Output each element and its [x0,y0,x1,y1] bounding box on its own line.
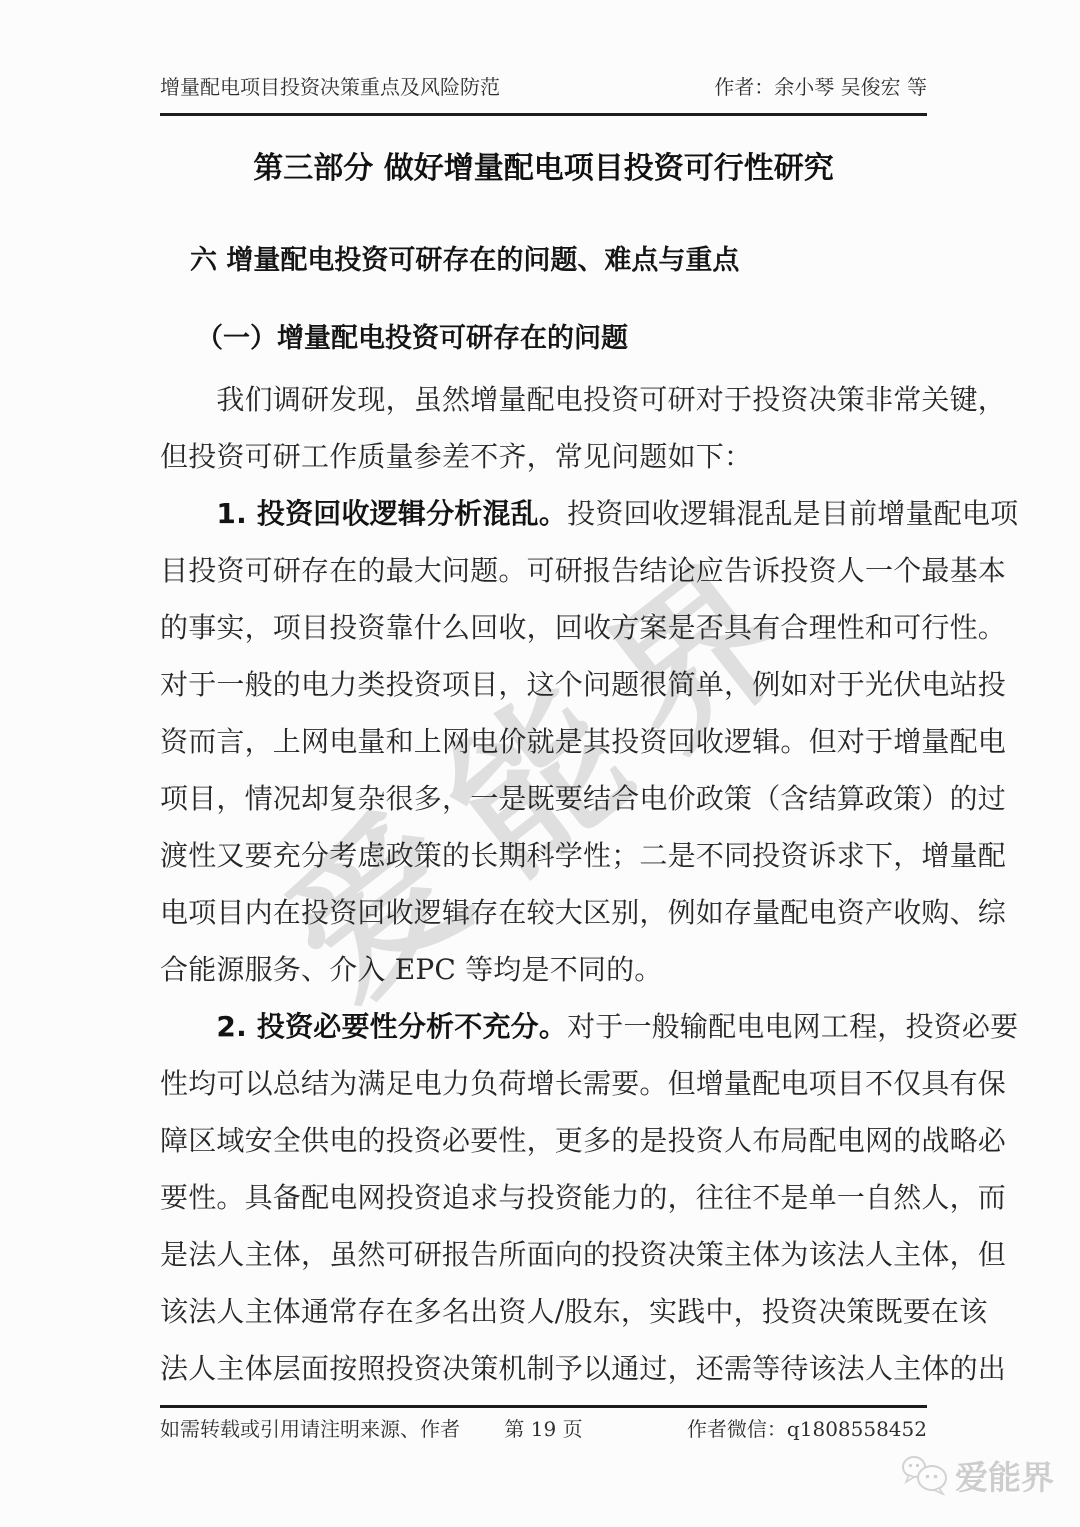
body-line: 电项目内在投资回收逻辑存在较大区别，例如存量配电资产收购、综 [160,884,927,941]
body-line-text: 我们调研发现，虽然增量配电投资可研对于投资决策非常关键， [160,383,1006,416]
body-line-bold: 2. 投资必要性分析不充分。 [160,1010,567,1043]
body-line: 对于一般的电力类投资项目，这个问题很简单，例如对于光伏电站投 [160,656,927,713]
body-line: 目投资可研存在的最大问题。可研报告结论应告诉投资人一个最基本 [160,542,927,599]
body-line: 我们调研发现，虽然增量配电投资可研对于投资决策非常关键， [160,371,927,428]
section-heading: 六 增量配电投资可研存在的问题、难点与重点 [160,244,927,278]
body-text: 我们调研发现，虽然增量配电投资可研对于投资决策非常关键， 但投资可研工作质量参差… [160,371,927,1397]
body-line-text: 投资回收逻辑混乱是目前增量配电项 [567,497,1018,530]
body-line-text: 合能源服务、介入 EPC 等均是不同的。 [160,953,663,986]
body-line-text: 渡性又要充分考虑政策的长期科学性；二是不同投资诉求下，增量配 [160,839,1006,872]
body-line: 的事实，项目投资靠什么回收，回收方案是否具有合理性和可行性。 [160,599,927,656]
chat-bubbles-icon [901,1455,949,1497]
body-line-text: 障区域安全供电的投资必要性，更多的是投资人布局配电网的战略必 [160,1124,1006,1157]
footer-wechat: 作者微信：q1808558452 [687,1415,927,1443]
body-line: 障区域安全供电的投资必要性，更多的是投资人布局配电网的战略必 [160,1112,927,1169]
footer-page-number: 第 19 页 [504,1415,582,1443]
body-line-text: 电项目内在投资回收逻辑存在较大区别，例如存量配电资产收购、综 [160,896,1006,929]
body-line: 合能源服务、介入 EPC 等均是不同的。 [160,941,927,998]
brand-logo: 爱能界 [901,1452,1054,1499]
body-line: 项目，情况却复杂很多，一是既要结合电价政策（含结算政策）的过 [160,770,927,827]
body-line-text: 要性。具备配电网投资追求与投资能力的，往往不是单一自然人，而 [160,1181,1006,1214]
page-content: 增量配电项目投资决策重点及风险防范 作者：余小琴 吴俊宏 等 第三部分 做好增量… [160,0,927,1415]
header-document-title: 增量配电项目投资决策重点及风险防范 [160,73,500,101]
page-footer: 如需转载或引用请注明来源、作者 第 19 页 作者微信：q1808558452 [160,1408,927,1415]
body-line: 资而言，上网电量和上网电价就是其投资回收逻辑。但对于增量配电 [160,713,927,770]
body-line: 该法人主体通常存在多名出资人/股东，实践中，投资决策既要在该 [160,1283,927,1340]
body-line-text: 对于一般的电力类投资项目，这个问题很简单，例如对于光伏电站投 [160,668,1006,701]
header-authors: 作者：余小琴 吴俊宏 等 [714,73,927,101]
body-line: 1. 投资回收逻辑分析混乱。投资回收逻辑混乱是目前增量配电项 [160,485,927,542]
body-line-bold: 1. 投资回收逻辑分析混乱。 [160,497,567,530]
body-line-text: 性均可以总结为满足电力负荷增长需要。但增量配电项目不仅具有保 [160,1067,1006,1100]
page-header: 增量配电项目投资决策重点及风险防范 作者：余小琴 吴俊宏 等 [160,0,927,101]
header-rule [160,113,927,116]
body-line: 渡性又要充分考虑政策的长期科学性；二是不同投资诉求下，增量配 [160,827,927,884]
body-line-text: 法人主体层面按照投资决策机制予以通过，还需等待该法人主体的出 [160,1352,1006,1385]
body-line-text: 目投资可研存在的最大问题。可研报告结论应告诉投资人一个最基本 [160,554,1006,587]
body-line: 是法人主体，虽然可研报告所面向的投资决策主体为该法人主体，但 [160,1226,927,1283]
body-line: 性均可以总结为满足电力负荷增长需要。但增量配电项目不仅具有保 [160,1055,927,1112]
body-line-text: 该法人主体通常存在多名出资人/股东，实践中，投资决策既要在该 [160,1295,987,1328]
body-line: 2. 投资必要性分析不充分。对于一般输配电电网工程，投资必要 [160,998,927,1055]
body-line-text: 对于一般输配电电网工程，投资必要 [567,1010,1018,1043]
part-title: 第三部分 做好增量配电项目投资可行性研究 [160,148,927,190]
body-line: 但投资可研工作质量参差不齐，常见问题如下： [160,428,927,485]
body-line-text: 是法人主体，虽然可研报告所面向的投资决策主体为该法人主体，但 [160,1238,1006,1271]
footer-notice: 如需转载或引用请注明来源、作者 [160,1415,460,1443]
body-line: 法人主体层面按照投资决策机制予以通过，还需等待该法人主体的出 [160,1340,927,1397]
body-line-text: 项目，情况却复杂很多，一是既要结合电价政策（含结算政策）的过 [160,782,1006,815]
body-line-text: 但投资可研工作质量参差不齐，常见问题如下： [160,440,752,473]
document-page: 爱能界 增量配电项目投资决策重点及风险防范 作者：余小琴 吴俊宏 等 第三部分 … [0,0,1080,1527]
body-line-text: 资而言，上网电量和上网电价就是其投资回收逻辑。但对于增量配电 [160,725,1006,758]
body-line: 要性。具备配电网投资追求与投资能力的，往往不是单一自然人，而 [160,1169,927,1226]
brand-name: 爱能界 [955,1452,1054,1499]
body-line-text: 的事实，项目投资靠什么回收，回收方案是否具有合理性和可行性。 [160,611,1006,644]
subsection-heading: （一）增量配电投资可研存在的问题 [160,322,927,356]
